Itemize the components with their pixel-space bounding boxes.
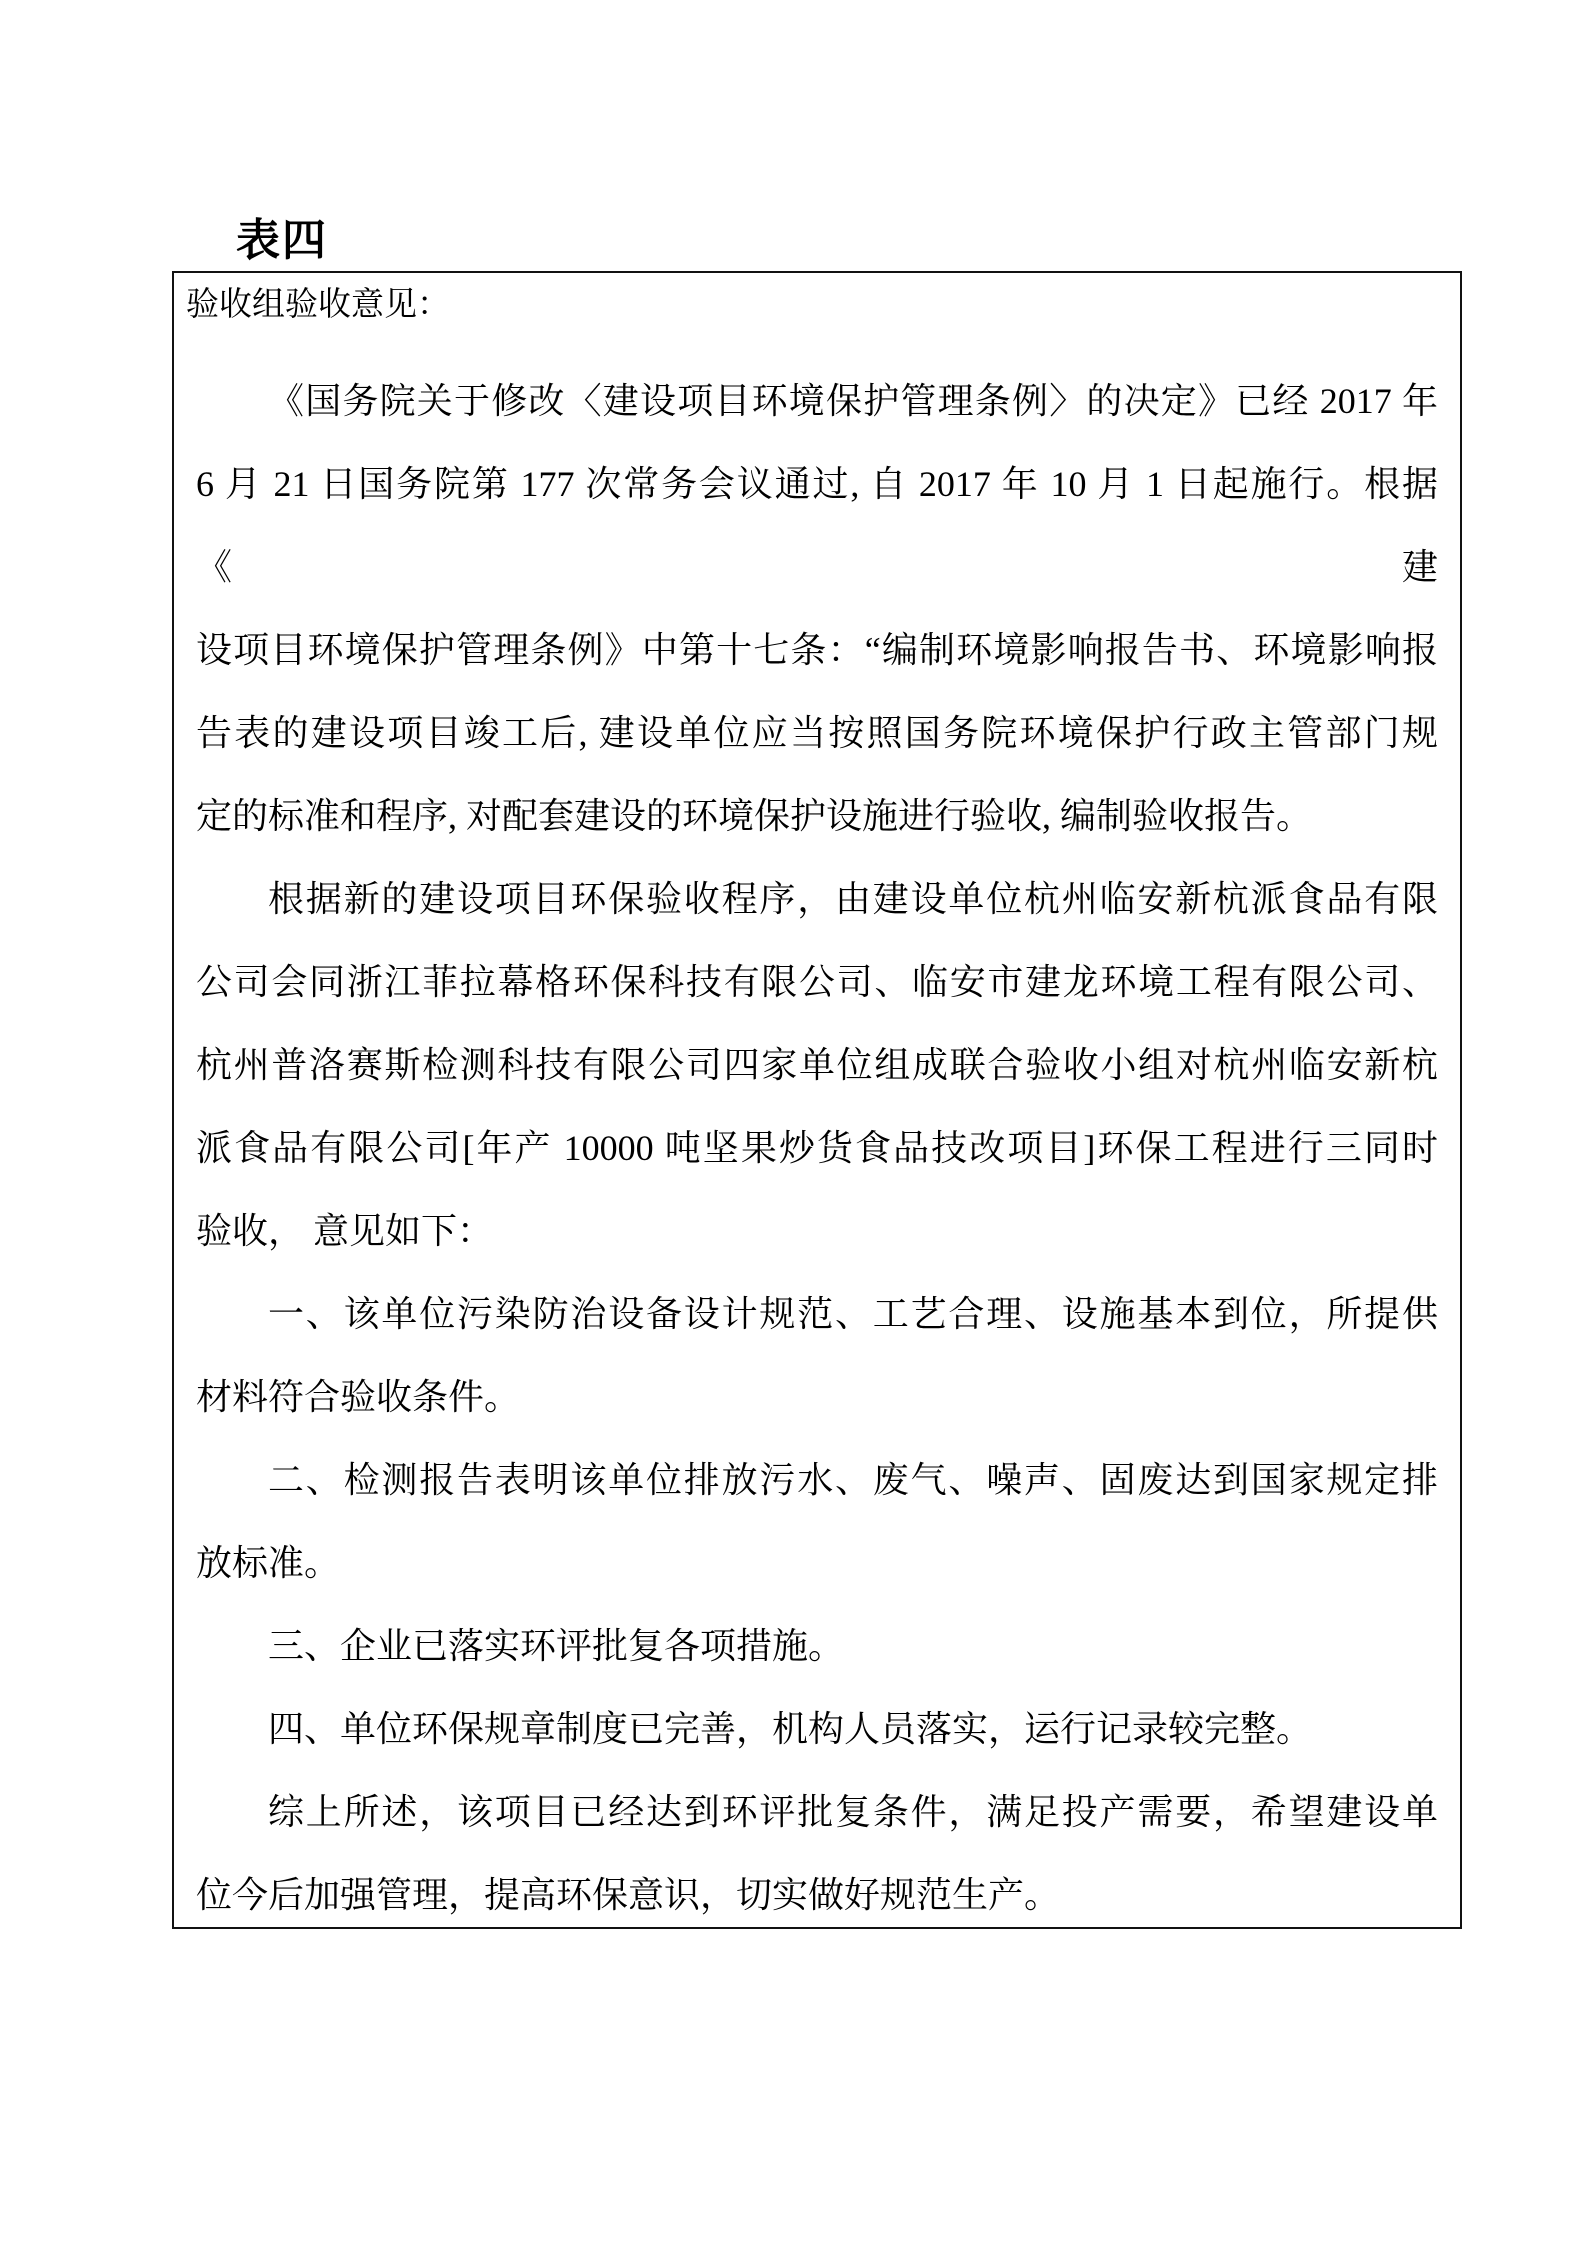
paragraph: 根据新的建设项目环保验收程序，由建设单位杭州临安新杭派食品有限公司会同浙江菲拉幕… (196, 858, 1438, 1273)
paragraph-line: 6 月 21 日国务院第 177 次常务会议通过, 自 2017 年 10 月 … (196, 443, 1438, 609)
paragraph: 四、单位环保规章制度已完善，机构人员落实，运行记录较完整。 (196, 1688, 1438, 1771)
paragraph-line: 告表的建设项目竣工后, 建设单位应当按照国务院环境保护行政主管部门规 (196, 692, 1438, 775)
paragraph-line: 根据新的建设项目环保验收程序，由建设单位杭州临安新杭派食品有限 (196, 858, 1438, 941)
paragraph-line: 位今后加强管理，提高环保意识，切实做好规范生产。 (196, 1854, 1438, 1937)
paragraph-line: 二、检测报告表明该单位排放污水、废气、噪声、固废达到国家规定排 (196, 1439, 1438, 1522)
paragraph-line: 设项目环境保护管理条例》中第十七条：“编制环境影响报告书、环境影响报 (196, 609, 1438, 692)
paragraph-line: 一、该单位污染防治设备设计规范、工艺合理、设施基本到位，所提供 (196, 1273, 1438, 1356)
paragraph-line: 《国务院关于修改〈建设项目环境保护管理条例〉的决定》已经 2017 年 (196, 360, 1438, 443)
paragraph-line: 三、企业已落实环评批复各项措施。 (196, 1605, 1438, 1688)
paragraph: 二、检测报告表明该单位排放污水、废气、噪声、固废达到国家规定排放标准。 (196, 1439, 1438, 1605)
paragraph: 《国务院关于修改〈建设项目环境保护管理条例〉的决定》已经 2017 年6 月 2… (196, 360, 1438, 858)
paragraph: 一、该单位污染防治设备设计规范、工艺合理、设施基本到位，所提供材料符合验收条件。 (196, 1273, 1438, 1439)
box-content: 《国务院关于修改〈建设项目环境保护管理条例〉的决定》已经 2017 年6 月 2… (174, 360, 1460, 1937)
opinion-box: 验收组验收意见： 《国务院关于修改〈建设项目环境保护管理条例〉的决定》已经 20… (172, 271, 1462, 1929)
document-page: 表四 验收组验收意见： 《国务院关于修改〈建设项目环境保护管理条例〉的决定》已经… (0, 0, 1587, 2245)
paragraph-line: 四、单位环保规章制度已完善，机构人员落实，运行记录较完整。 (196, 1688, 1438, 1771)
box-label: 验收组验收意见： (174, 273, 1460, 328)
paragraph-line: 验收， 意见如下： (196, 1190, 1438, 1273)
paragraph: 三、企业已落实环评批复各项措施。 (196, 1605, 1438, 1688)
page-title: 表四 (236, 215, 328, 267)
paragraph-line: 放标准。 (196, 1522, 1438, 1605)
paragraph-line: 材料符合验收条件。 (196, 1356, 1438, 1439)
paragraph-line: 公司会同浙江菲拉幕格环保科技有限公司、临安市建龙环境工程有限公司、 (196, 941, 1438, 1024)
paragraph-line: 定的标准和程序, 对配套建设的环境保护设施进行验收, 编制验收报告。 (196, 775, 1438, 858)
paragraph-line: 派食品有限公司[年产 10000 吨坚果炒货食品技改项目]环保工程进行三同时 (196, 1107, 1438, 1190)
paragraph-line: 综上所述，该项目已经达到环评批复条件，满足投产需要，希望建设单 (196, 1771, 1438, 1854)
paragraph-line: 杭州普洛赛斯检测科技有限公司四家单位组成联合验收小组对杭州临安新杭 (196, 1024, 1438, 1107)
paragraph: 综上所述，该项目已经达到环评批复条件，满足投产需要，希望建设单位今后加强管理，提… (196, 1771, 1438, 1937)
